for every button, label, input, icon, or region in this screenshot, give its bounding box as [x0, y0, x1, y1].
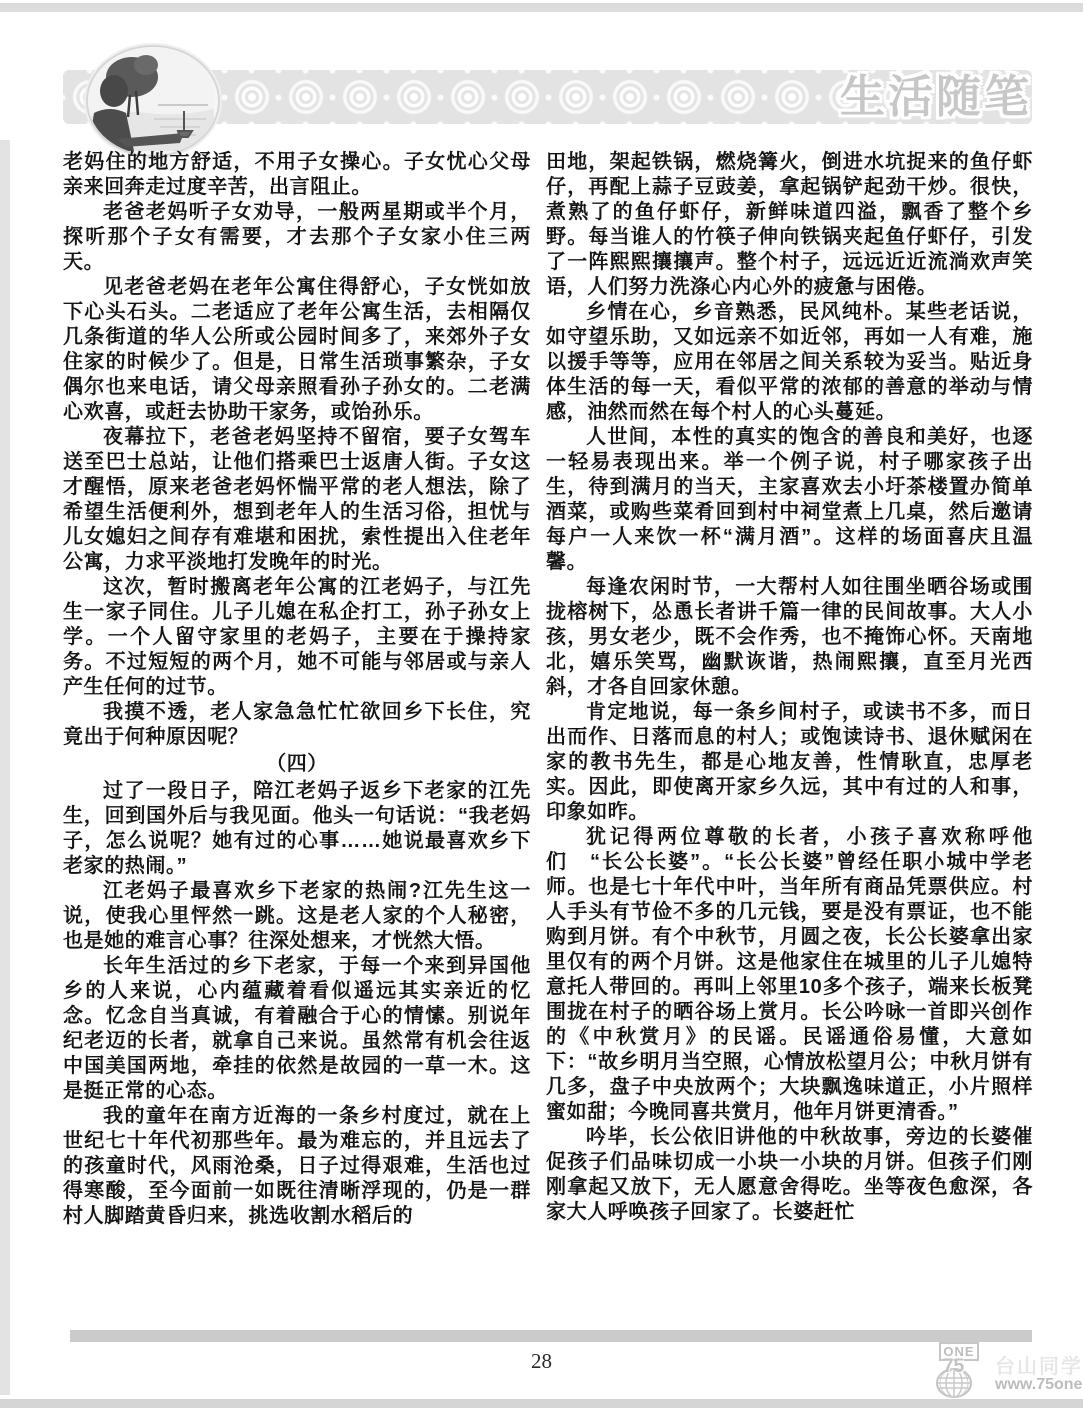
magazine-page: 生活随笔 老妈住的地方舒适，不用子女操心。子女忧心父母亲来回奔走过度辛苦，出言阻…: [0, 0, 1083, 1408]
paragraph: 过了一段日子，陪江老妈子返乡下老家的江先生，回到国外后与我见面。他头一句话说：“…: [63, 779, 531, 879]
paragraph: 这次，暂时搬离老年公寓的江老妈子，与江先生一家子同住。儿子儿媳在私企打工，孙子孙…: [63, 575, 531, 700]
landscape-photo: [86, 45, 220, 157]
section-heading: （四）: [63, 752, 531, 777]
landscape-painting-icon: [88, 47, 214, 151]
paragraph: 田地，架起铁锅，燃烧篝火，倒进水坑捉来的鱼仔虾仔，再配上蒜子豆豉姜，拿起锅铲起劲…: [546, 150, 1033, 300]
paragraph: 长年生活过的乡下老家，于每一个来到异国他乡的人来说，心内蕴藏着看似遥远其实亲近的…: [63, 954, 531, 1104]
paragraph: 肯定地说，每一条乡间村子，或读书不多，而日出而作、日落而息的村人；或饱读诗书、退…: [546, 700, 1033, 825]
paragraph: 江老妈子最喜欢乡下老家的热闹?江先生这一说，使我心里怦然一跳。这是老人家的个人秘…: [63, 879, 531, 954]
paragraph: 见老爸老妈在老年公寓住得舒心，子女恍如放下心头石头。二老适应了老年公寓生活，去相…: [63, 275, 531, 425]
footer-divider-bar: [70, 1330, 1032, 1342]
paragraph: 我摸不透，老人家急急忙忙欲回乡下长住，究竟出于何种原因呢？: [63, 700, 531, 750]
paragraph: 犹记得两位尊敬的长者，小孩子喜欢称呼他们 “长公长婆”。“长公长婆”曾经任职小城…: [546, 825, 1033, 1125]
scan-edge-left: [0, 140, 10, 1395]
paragraph: 我的童年在南方近海的一条乡村度过，就在上世纪七十年代初那些年。最为难忘的，并且远…: [63, 1104, 531, 1229]
watermark-url: www.75one.cn: [995, 1376, 1083, 1394]
paragraph: 老爸老妈听子女劝导，一般两星期或半个月，探听那个子女有需要，才去那个子女家小住三…: [63, 200, 531, 275]
paragraph: 乡情在心，乡音熟悉，民风纯朴。某些老话说，如守望乐助，又如远亲不如近邻，再如一人…: [546, 300, 1033, 425]
right-column-paragraphs: 田地，架起铁锅，燃烧篝火，倒进水坑捉来的鱼仔虾仔，再配上蒜子豆豉姜，拿起锅铲起劲…: [546, 150, 1033, 1332]
scan-edge-top: [0, 3, 1083, 12]
paragraph: 每逢农闲时节，一大帮村人如往围坐晒谷场或围拢榕树下，怂恿长者讲千篇一律的民间故事…: [546, 575, 1033, 700]
seventy-five-logo-number: 75: [943, 1356, 964, 1378]
paragraph: 夜幕拉下，老爸老妈坚持不留宿，要子女驾车送至巴士总站，让他们搭乘巴士返唐人街。子…: [63, 425, 531, 575]
paragraph: 人世间，本性的真实的饱含的善良和美好，也逐一轻易表现出来。举一个例子说，村子哪家…: [546, 425, 1033, 575]
one-logo: ONE 75: [929, 1342, 989, 1402]
paragraph: 老妈住的地方舒适，不用子女操心。子女忧心父母亲来回奔走过度辛苦，出言阻止。: [63, 150, 531, 200]
page-title: 生活随笔: [840, 72, 1032, 122]
watermark-site-name: 台山同学网: [995, 1350, 1083, 1379]
paragraph: 吟毕，长公依旧讲他的中秋故事，旁边的长婆催促孩子们品味切成一小块一小块的月饼。但…: [546, 1125, 1033, 1225]
site-watermark: ONE 75 台山同学网 www.75one.cn: [903, 1342, 1083, 1404]
left-column-paragraphs: 老妈住的地方舒适，不用子女操心。子女忧心父母亲来回奔走过度辛苦，出言阻止。老爸老…: [63, 150, 531, 1332]
